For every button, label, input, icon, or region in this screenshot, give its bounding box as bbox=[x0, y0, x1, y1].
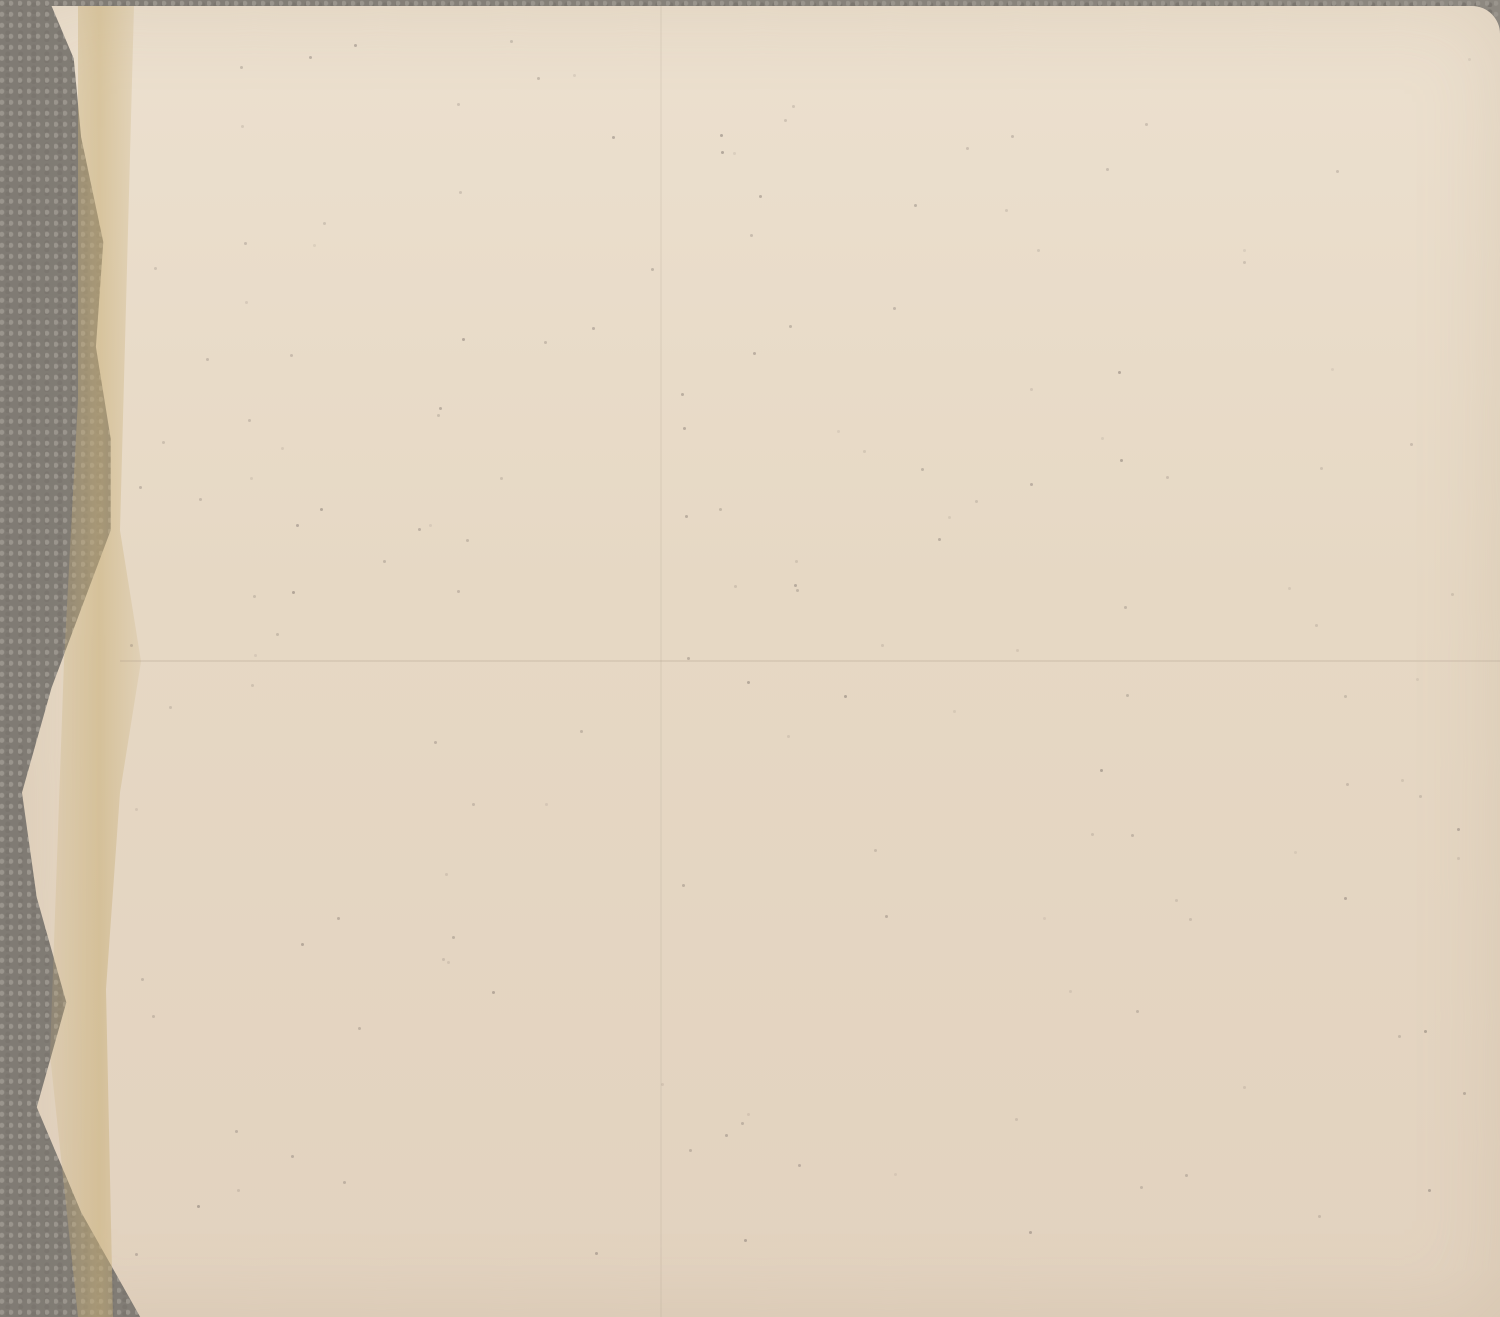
speck bbox=[1468, 58, 1471, 61]
speck bbox=[734, 585, 737, 588]
speck bbox=[437, 414, 440, 417]
speck bbox=[753, 352, 756, 355]
speck bbox=[457, 103, 460, 106]
speck bbox=[254, 654, 257, 657]
speck bbox=[1106, 168, 1109, 171]
speck bbox=[1243, 1086, 1246, 1089]
speck bbox=[874, 849, 877, 852]
speck bbox=[337, 917, 340, 920]
speck bbox=[1091, 833, 1094, 836]
speck bbox=[1315, 624, 1318, 627]
speck bbox=[719, 508, 722, 511]
speck bbox=[169, 706, 172, 709]
speck bbox=[1145, 123, 1148, 126]
speck bbox=[442, 958, 445, 961]
speck bbox=[1166, 476, 1169, 479]
fold-line-vertical bbox=[660, 0, 662, 1317]
speck bbox=[747, 681, 750, 684]
speck bbox=[197, 1205, 200, 1208]
speck bbox=[358, 1027, 361, 1030]
speck bbox=[241, 125, 244, 128]
speck bbox=[689, 1149, 692, 1152]
speck bbox=[894, 1173, 897, 1176]
speck bbox=[844, 695, 847, 698]
speck bbox=[452, 936, 455, 939]
speck bbox=[1457, 828, 1460, 831]
speck bbox=[612, 136, 615, 139]
speck bbox=[292, 591, 295, 594]
speck bbox=[237, 1189, 240, 1192]
speck bbox=[1463, 1092, 1466, 1095]
speck bbox=[309, 56, 312, 59]
speck bbox=[253, 595, 256, 598]
speck bbox=[296, 524, 299, 527]
speck bbox=[580, 730, 583, 733]
speck bbox=[595, 1252, 598, 1255]
speck bbox=[1124, 606, 1127, 609]
speck bbox=[199, 498, 202, 501]
speck bbox=[439, 407, 442, 410]
speck bbox=[301, 943, 304, 946]
speck bbox=[544, 341, 547, 344]
speck bbox=[492, 991, 495, 994]
speck bbox=[921, 468, 924, 471]
speck bbox=[792, 105, 795, 108]
speck bbox=[1451, 593, 1454, 596]
speck bbox=[291, 1155, 294, 1158]
speck bbox=[240, 66, 243, 69]
speck bbox=[721, 151, 724, 154]
speck bbox=[1428, 1189, 1431, 1192]
speck bbox=[1189, 918, 1192, 921]
speck bbox=[457, 590, 460, 593]
speck bbox=[1126, 694, 1129, 697]
speck bbox=[1011, 135, 1014, 138]
speck bbox=[1331, 368, 1334, 371]
speck bbox=[276, 633, 279, 636]
speck bbox=[661, 1083, 664, 1086]
speck bbox=[720, 134, 723, 137]
speck bbox=[1120, 459, 1123, 462]
speck bbox=[1410, 443, 1413, 446]
speck bbox=[1243, 261, 1246, 264]
speck bbox=[1398, 1035, 1401, 1038]
speck bbox=[354, 44, 357, 47]
speck bbox=[466, 539, 469, 542]
speck bbox=[1416, 678, 1419, 681]
speck bbox=[1069, 990, 1072, 993]
speck bbox=[1288, 587, 1291, 590]
speck bbox=[975, 500, 978, 503]
speck bbox=[1118, 371, 1121, 374]
speck bbox=[681, 393, 684, 396]
speck bbox=[248, 419, 251, 422]
speck bbox=[281, 447, 284, 450]
speck bbox=[863, 450, 866, 453]
speck bbox=[1344, 897, 1347, 900]
speck bbox=[1005, 209, 1008, 212]
fold-line-horizontal bbox=[120, 660, 1500, 662]
speck bbox=[759, 195, 762, 198]
speck bbox=[1016, 649, 1019, 652]
speck bbox=[429, 524, 432, 527]
